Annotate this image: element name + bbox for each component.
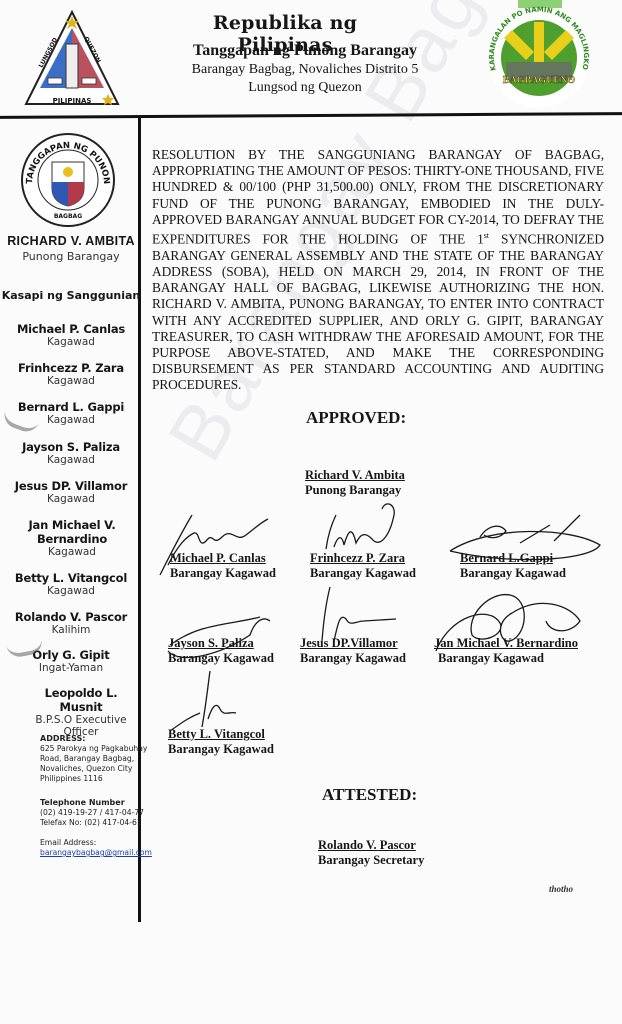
member-role: Kagawad <box>0 493 142 505</box>
header-divider <box>0 112 622 119</box>
sidebar-member: Jayson S. Paliza Kagawad <box>0 440 142 466</box>
svg-text:BAGBAG: BAGBAG <box>54 213 82 220</box>
sidebar-member: Frinhcezz P. Zara Kagawad <box>0 361 142 387</box>
member-name: Leopoldo L. Musnit <box>26 686 136 714</box>
member-role: Ingat-Yaman <box>0 662 142 674</box>
secretary-signature-block: Rolando V. Pascor Barangay Secretary <box>318 838 424 868</box>
member-role: Kagawad <box>0 375 142 387</box>
member-name: Rolando V. Pascor <box>0 610 142 624</box>
sidebar-email: Email Address: barangaybagbag@gmail.com <box>40 838 150 858</box>
barangay-seal-icon: TANGGAPAN NG PUNONG BARANGAY BAGBAG <box>20 132 116 228</box>
sidebar-captain-name: RICHARD V. AMBITA <box>0 234 142 248</box>
typist-initials: thotho <box>549 884 573 894</box>
phone-number: (02) 419-19-27 / 417-04-77 <box>40 808 150 818</box>
address-line: Road, Barangay Bagbag, <box>40 754 150 764</box>
sidebar-member: Jesus DP. Villamor Kagawad <box>0 479 142 505</box>
address-line: Philippines 1116 <box>40 774 150 784</box>
approved-heading: APPROVED: <box>306 408 406 428</box>
member-role: Kagawad <box>0 454 142 466</box>
office-address-line-1: Barangay Bagbag, Novaliches Distrito 5 <box>140 62 470 78</box>
member-name: Michael P. Canlas <box>0 322 142 336</box>
sidebar-member: Betty L. Vitangcol Kagawad <box>0 571 142 597</box>
sidebar-member: Leopoldo L. Musnit B.P.S.O Executive Off… <box>26 686 136 738</box>
sidebar-phone: Telephone Number (02) 419-19-27 / 417-04… <box>40 798 150 828</box>
handwritten-signatures <box>150 495 610 745</box>
member-name: Jayson S. Paliza <box>0 440 142 454</box>
member-role: Kagawad <box>22 546 122 558</box>
bagbagueno-logo-icon: BAGBAGUENO KARANGALAN PO NAMIN ANG MAGLI… <box>476 0 602 112</box>
resolution-text-part-2: SYNCHRONIZED BARANGAY GENERAL ASSEMBLY A… <box>152 231 604 392</box>
svg-text:PILIPINAS: PILIPINAS <box>53 97 92 105</box>
member-name: Jan Michael V. Bernardino <box>22 518 122 546</box>
member-name: Betty L. Vitangcol <box>0 571 142 585</box>
member-name: Frinhcezz P. Zara <box>0 361 142 375</box>
member-role: Kagawad <box>0 585 142 597</box>
attested-heading: ATTESTED: <box>322 785 417 805</box>
email-label: Email Address: <box>40 838 150 848</box>
svg-text:BAGBAGUENO: BAGBAGUENO <box>503 75 575 86</box>
sidebar-address: ADDRESS: 625 Parokya ng Pagkabuhay Road,… <box>40 734 150 784</box>
resolution-text: RESOLUTION BY THE SANGGUNIANG BARANGAY O… <box>152 147 604 394</box>
sidebar-council-heading: Kasapi ng Sanggunian <box>0 289 142 302</box>
signatory-role: Barangay Secretary <box>318 853 424 868</box>
sidebar-member: Jan Michael V. Bernardino Kagawad <box>22 518 122 558</box>
office-title: Tanggapan ng Punong Barangay <box>160 42 450 60</box>
captain-signature-block: Richard V. Ambita Punong Barangay <box>305 468 405 498</box>
office-address-line-2: Lungsod ng Quezon <box>140 80 470 96</box>
signatory-name: Richard V. Ambita <box>305 468 405 483</box>
sidebar-captain-role: Punong Barangay <box>0 250 142 263</box>
email-link[interactable]: barangaybagbag@gmail.com <box>40 848 152 857</box>
telefax-number: Telefax No: (02) 417-04-61 <box>40 818 150 828</box>
phone-label: Telephone Number <box>40 798 125 807</box>
signatory-name: Rolando V. Pascor <box>318 838 424 853</box>
member-role: Kagawad <box>0 336 142 348</box>
address-line: Novaliches, Quezon City <box>40 764 150 774</box>
member-name: Jesus DP. Villamor <box>0 479 142 493</box>
address-label: ADDRESS: <box>40 734 85 743</box>
quezon-city-seal-icon: PILIPINAS LUNGSOD QUEZON <box>22 8 122 110</box>
sidebar-member: Michael P. Canlas Kagawad <box>0 322 142 348</box>
address-line: 625 Parokya ng Pagkabuhay <box>40 744 150 754</box>
